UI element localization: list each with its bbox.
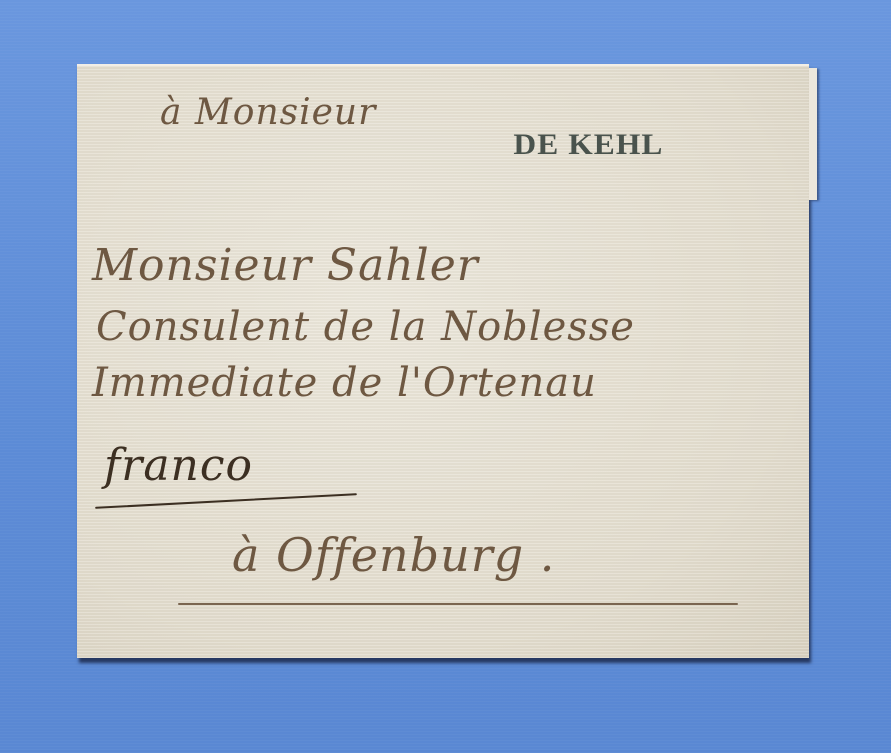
address-line-2: Consulent de la Noblesse — [96, 304, 635, 350]
destination-underline — [178, 603, 738, 605]
destination-text: à Offenburg . — [232, 528, 555, 582]
salutation-text: à Monsieur — [160, 92, 376, 133]
address-line-3: Immediate de l'Ortenau — [92, 360, 597, 406]
franco-marking: franco — [104, 440, 253, 491]
letter-flap-edge — [809, 68, 817, 200]
kehl-postmark: DE KEHL — [513, 128, 663, 162]
address-line-1: Monsieur Sahler — [92, 240, 479, 291]
